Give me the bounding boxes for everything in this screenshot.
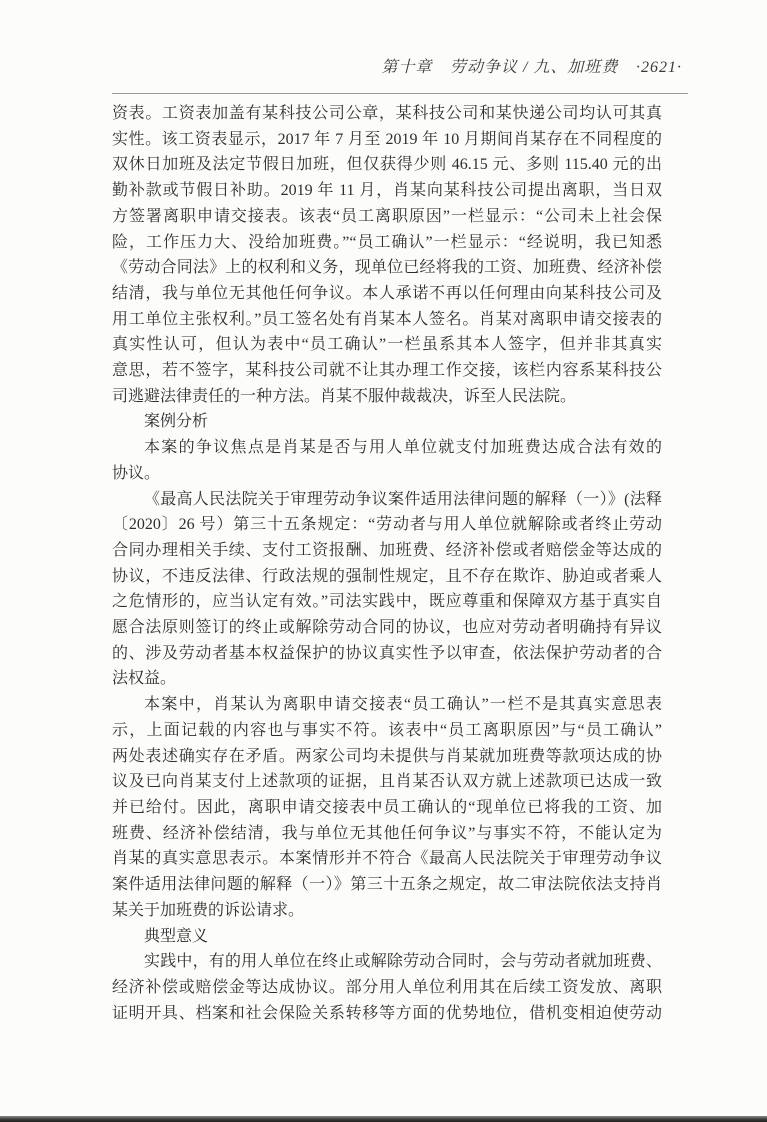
text-line: 肖某的真实意思表示。本案情形并不符合《最高人民法院关于审理劳动争议 — [112, 846, 662, 872]
text-line: 的、涉及劳动者基本权益保护的协议真实性予以审查，依法保护劳动者的合 — [112, 641, 662, 667]
page-body: 资表。工资表加盖有某科技公司公章，某科技公司和某快递公司均认可其真实性。该工资表… — [112, 101, 662, 1026]
page-number: ·2621· — [636, 59, 682, 76]
text-line: 班费、经济补偿结清，我与单位无其他任何争议”与事实不符，不能认定为 — [112, 821, 662, 847]
text-line: 双休日加班及法定节假日加班，但仅获得少则 46.15 元、多则 115.40 元… — [112, 152, 662, 178]
text-line: 并已给付。因此，离职申请交接表中员工确认的“现单位已将我的工资、加 — [112, 795, 662, 821]
text-line: 两处表述确实存在矛盾。两家公司均未提供与肖某就加班费等款项达成的协 — [112, 744, 662, 770]
text-line: 经济补偿或赔偿金等达成协议。部分用人单位利用其在后续工资发放、离职 — [112, 975, 662, 1001]
book-page: { "page": { "header": { "chapter_label":… — [0, 0, 767, 1122]
text-line: 愿合法原则签订的终止或解除劳动合同的协议，也应对劳动者明确持有异议 — [112, 615, 662, 641]
text-line: 协议。 — [112, 461, 662, 487]
chapter-title: 第十章 — [381, 59, 432, 76]
text-line: 协议，不违反法律、行政法规的强制性规定，且不存在欺诈、胁迫或者乘人 — [112, 564, 662, 590]
text-line: 司逃避法律责任的一种方法。肖某不服仲裁裁决，诉至人民法院。 — [112, 384, 662, 410]
text-line: 某关于加班费的诉讼请求。 — [112, 898, 662, 924]
text-line: 勤补款或节假日补助。2019 年 11 月，肖某向某科技公司提出离职，当日双 — [112, 178, 662, 204]
text-line: 实性。该工资表显示，2017 年 7 月至 2019 年 10 月期间肖某存在不… — [112, 127, 662, 153]
text-line: 资表。工资表加盖有某科技公司公章，某科技公司和某快递公司均认可其真 — [112, 101, 662, 127]
text-line: 示，上面记载的内容也与事实不符。该表中“员工离职原因”与“员工确认” — [112, 718, 662, 744]
text-line: 法权益。 — [112, 666, 662, 692]
text-line: 意思，若不签字，某科技公司就不让其办理工作交接，该栏内容系某科技公 — [112, 358, 662, 384]
text-line: 〔2020〕26 号）第三十五条规定：“劳动者与用人单位就解除或者终止劳动 — [112, 512, 662, 538]
text-line: 合同办理相关手续、支付工资报酬、加班费、经济补偿或者赔偿金等达成的 — [112, 538, 662, 564]
page-bottom-edge — [0, 1116, 767, 1122]
section-heading: 案例分析 — [112, 409, 662, 435]
section-title: 劳动争议 / 九、加班费 — [450, 59, 618, 76]
text-line: 议及已向肖某支付上述款项的证据，且肖某否认双方就上述款项已达成一致 — [112, 769, 662, 795]
text-line: 《劳动合同法》上的权利和义务，现单位已经将我的工资、加班费、经济补偿 — [112, 255, 662, 281]
text-line: 结清，我与单位无其他任何争议。本人承诺不再以任何理由向某科技公司及 — [112, 281, 662, 307]
text-line: 证明开具、档案和社会保险关系转移等方面的优势地位，借机变相迫使劳动 — [112, 1001, 662, 1027]
text-line: 实践中，有的用人单位在终止或解除劳动合同时，会与劳动者就加班费、 — [112, 949, 662, 975]
section-heading: 典型意义 — [112, 924, 662, 950]
text-line: 《最高人民法院关于审理劳动争议案件适用法律问题的解释（一）》(法释 — [112, 487, 662, 513]
text-line: 险，工作压力大、没给加班费。”“员工确认”一栏显示：“经说明，我已知悉 — [112, 230, 662, 256]
running-header: 第十章劳动争议 / 九、加班费·2621· — [112, 54, 688, 77]
text-line: 之危情形的，应当认定有效。”司法实践中，既应尊重和保障双方基于真实自 — [112, 589, 662, 615]
header-rule — [112, 93, 688, 94]
text-line: 用工单位主张权利。”员工签名处有肖某本人签名。肖某对离职申请交接表的 — [112, 307, 662, 333]
text-line: 真实性认可，但认为表中“员工确认”一栏虽系其本人签字，但并非其真实 — [112, 332, 662, 358]
text-line: 本案中，肖某认为离职申请交接表“员工确认”一栏不是其真实意思表 — [112, 692, 662, 718]
text-line: 案件适用法律问题的解释（一）》第三十五条之规定，故二审法院依法支持肖 — [112, 872, 662, 898]
text-line: 本案的争议焦点是肖某是否与用人单位就支付加班费达成合法有效的 — [112, 435, 662, 461]
text-line: 方签署离职申请交接表。该表“员工离职原因”一栏显示：“公司未上社会保 — [112, 204, 662, 230]
